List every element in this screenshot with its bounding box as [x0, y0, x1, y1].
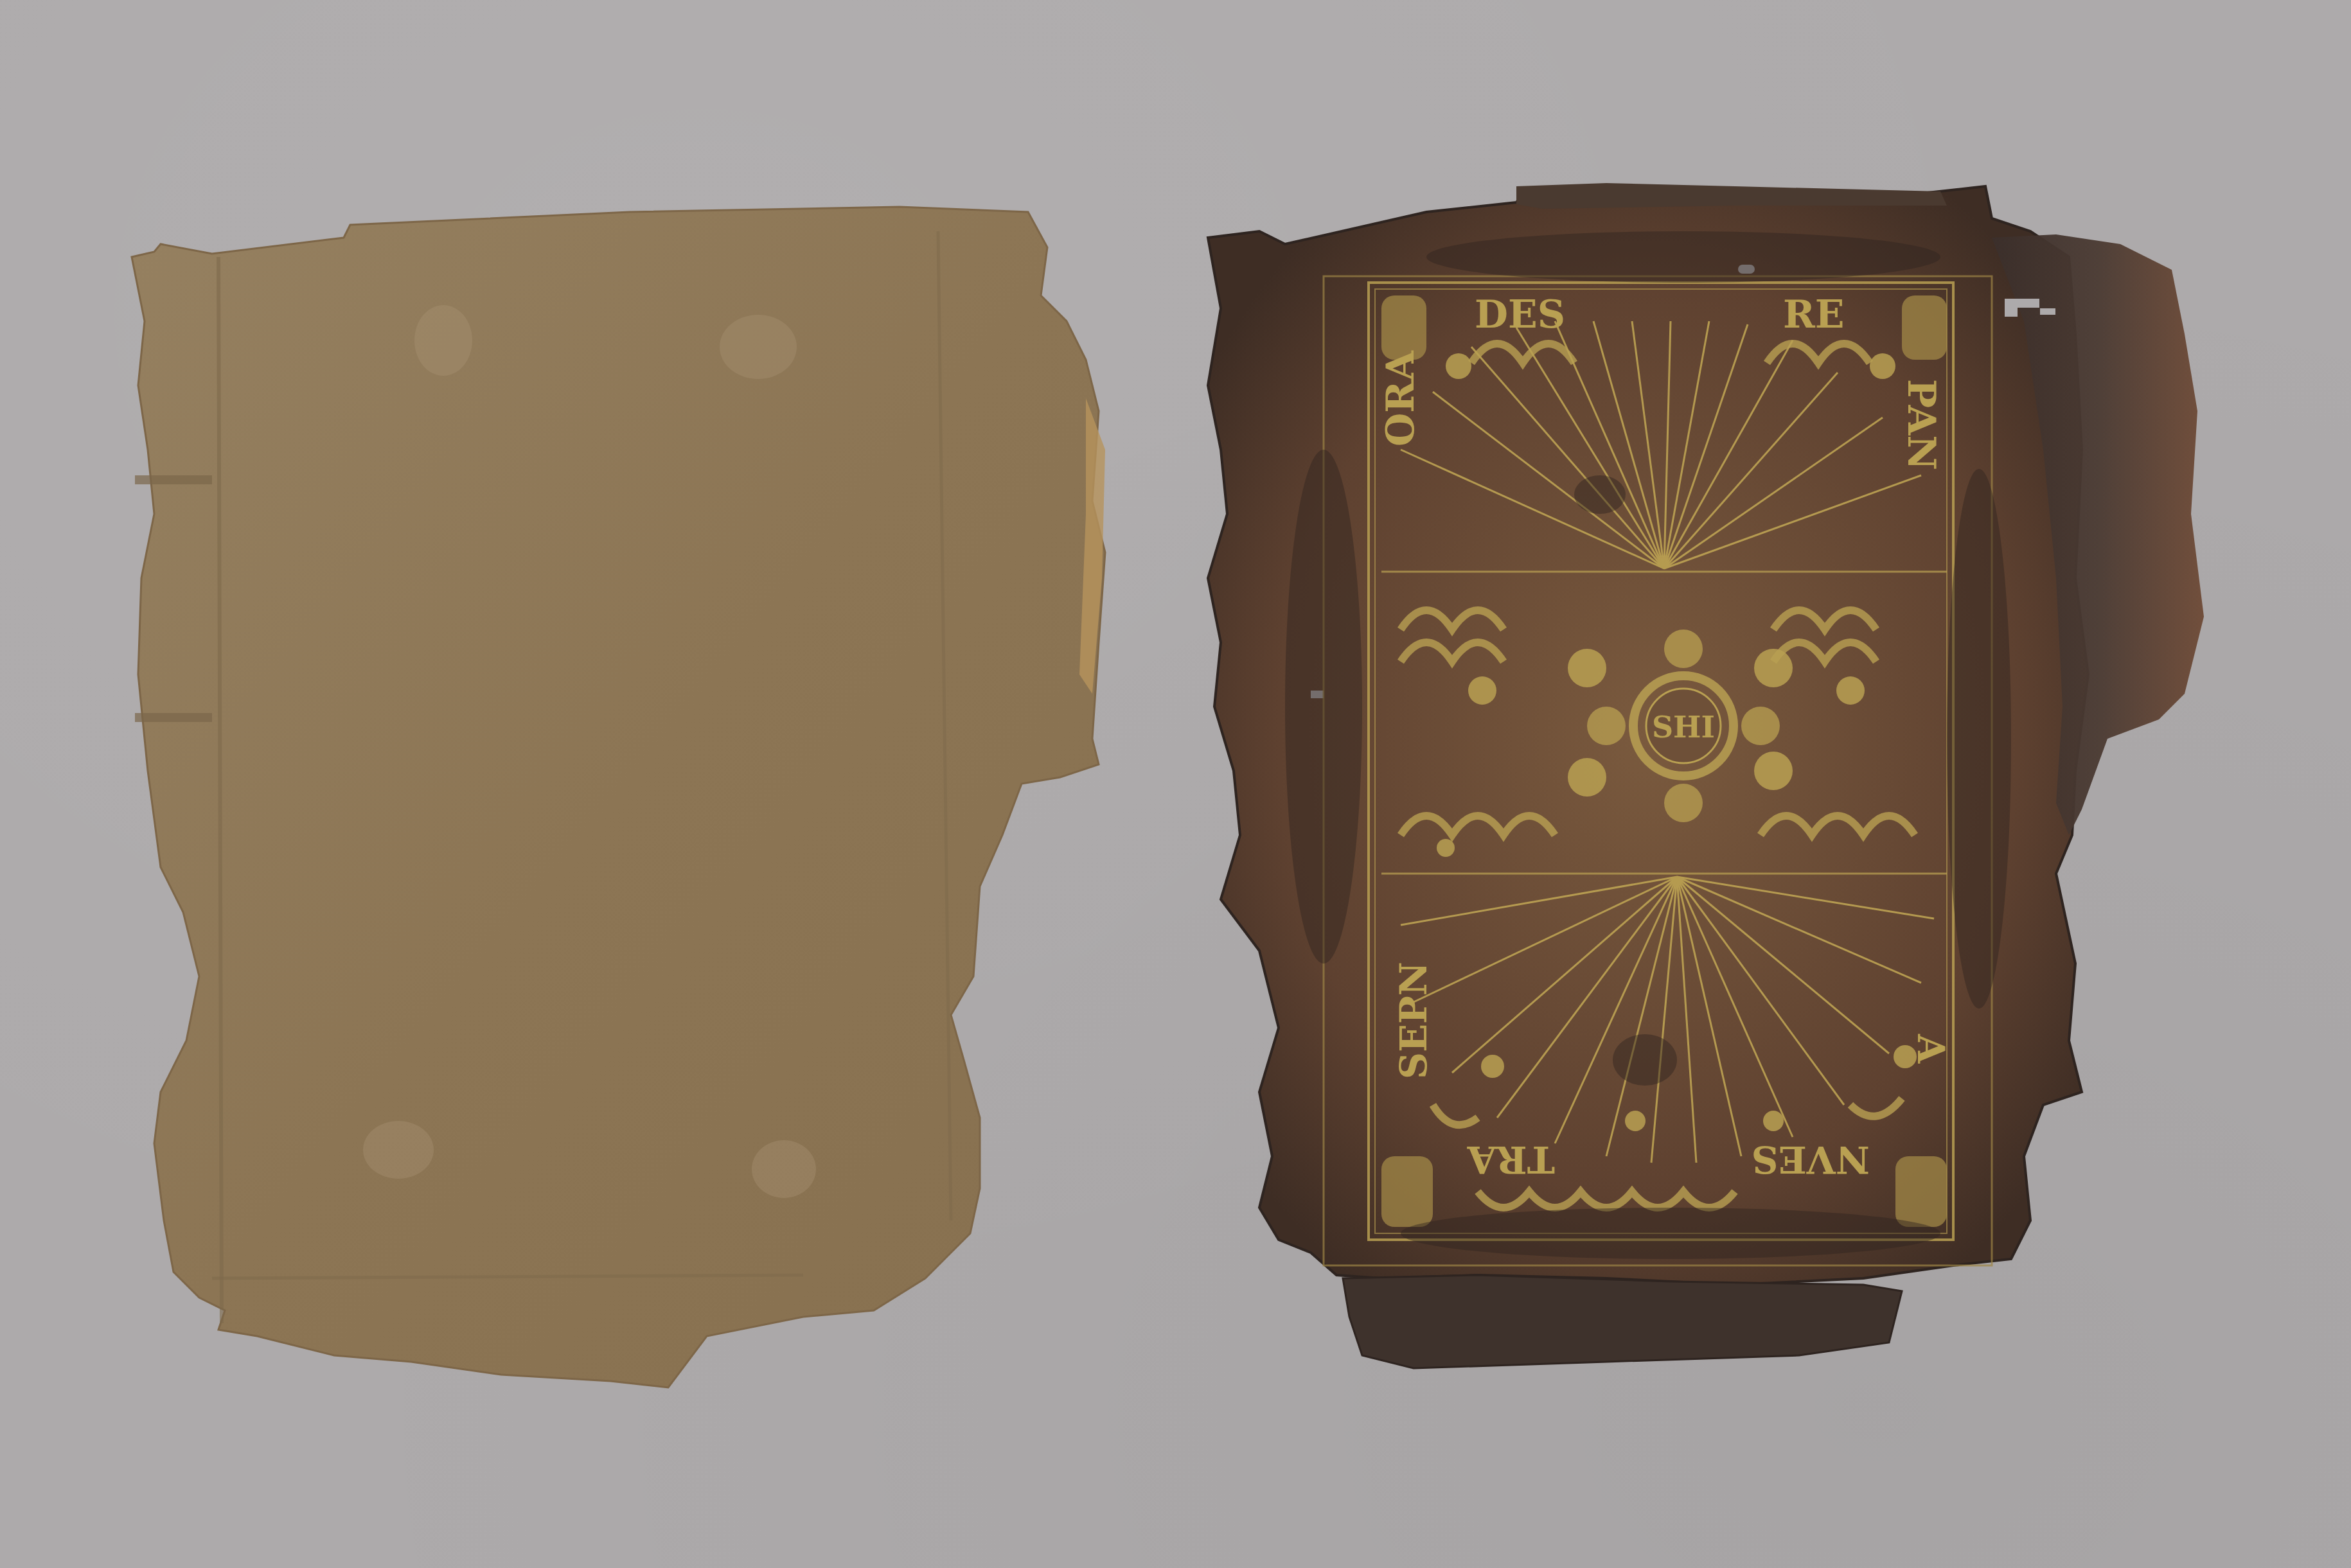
hole: [2040, 308, 2055, 315]
inscription-tra: TRA: [1467, 1138, 1555, 1181]
stain: [414, 305, 472, 376]
medallion-monogram: SHI: [1652, 710, 1715, 744]
inscription-des: DES: [1475, 292, 1565, 337]
inscription-ora: ORA: [1378, 350, 1423, 446]
crease: [135, 713, 212, 722]
right-tooled-cover: SHI ORA DES RE PAN: [1208, 183, 2204, 1368]
hole: [2005, 299, 2018, 317]
inscription-pan: PAN: [1899, 379, 1944, 470]
inscription-re: RE: [1783, 292, 1845, 337]
hole: [2018, 299, 2039, 308]
photo-scene: SHI ORA DES RE PAN: [0, 0, 2351, 1568]
stain: [752, 1140, 816, 1198]
bottom-strip: [1343, 1275, 1902, 1368]
tan-panel: [132, 207, 1105, 1387]
inscription-a: A: [1909, 1034, 1953, 1064]
inscription-nves: NVES: [1752, 1138, 1870, 1181]
top-strip: [1516, 183, 1947, 209]
left-leather-fragment: [132, 207, 1105, 1387]
stain: [720, 315, 797, 379]
stain: [363, 1121, 434, 1179]
inscription-sepn: SEPN: [1392, 962, 1435, 1079]
crease: [135, 475, 212, 484]
